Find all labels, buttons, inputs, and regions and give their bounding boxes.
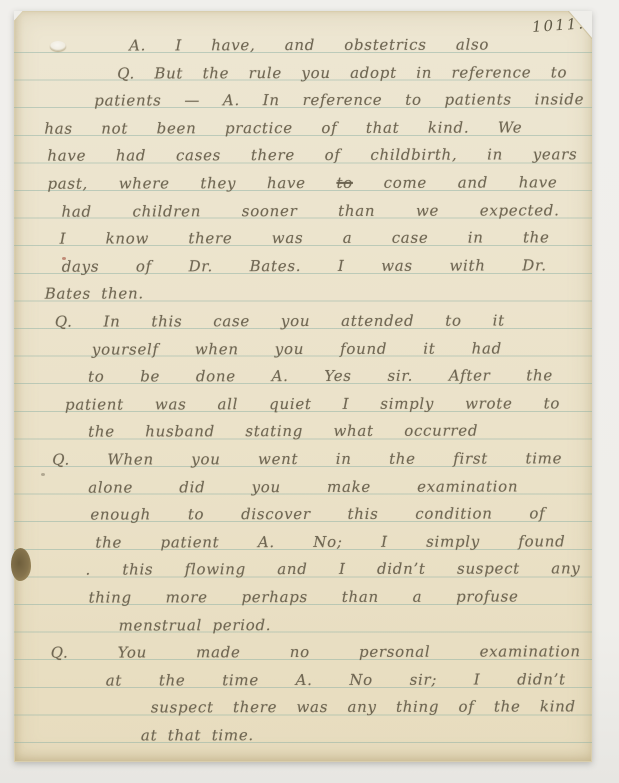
handwriting-line: I know there was a case in the (60, 226, 550, 249)
handwriting-line: past, where they have to come and have (47, 171, 557, 194)
handwriting-line: Q. But the rule you adopt in reference t… (117, 61, 567, 84)
handwriting-line: have had cases there of childbirth, in y… (47, 143, 577, 166)
handwriting-line: Q. When you went in the first time (52, 447, 562, 470)
handwriting-line: alone did you make examination (88, 475, 518, 498)
handwriting-line: the patient A. No; I simply found (95, 530, 565, 553)
handwriting-lines: A. I have, and obstetrics alsoQ. But the… (13, 10, 593, 763)
handwriting-line: enough to discover this condition of (90, 502, 545, 525)
handwriting-line: . this flowing and I didn’t suspect any (85, 557, 580, 580)
handwriting-line: at that time. (141, 724, 254, 746)
document-page: 1011. A. I have, and obstetrics alsoQ. B… (14, 11, 592, 762)
handwriting-line: Bates then. (45, 282, 144, 304)
handwriting-line: the husband stating what occurred (88, 420, 478, 443)
handwriting-line: suspect there was any thing of the kind (151, 695, 576, 718)
handwriting-line: Q. In this case you attended to it (55, 309, 505, 332)
handwriting-line: at the time A. No sir; I didn’t (106, 668, 566, 691)
scanned-document: 1011. A. I have, and obstetrics alsoQ. B… (0, 0, 619, 783)
handwriting-line: days of Dr. Bates. I was with Dr. (62, 254, 547, 277)
handwriting-line: A. I have, and obstetrics also (129, 34, 489, 57)
handwriting-line: menstrual period. (119, 614, 272, 636)
handwriting-line: yourself when you found it had (92, 337, 502, 360)
handwriting-line: thing more perhaps than a profuse (89, 585, 519, 608)
handwriting-line: patient was all quiet I simply wrote to (65, 392, 560, 415)
handwriting-line: had children sooner than we expected. (62, 199, 560, 222)
handwriting-line: Q. You made no personal examination (51, 640, 581, 663)
handwriting-line: to be done A. Yes sir. After the (88, 364, 553, 387)
handwriting-line: patients — A. In reference to patients i… (94, 88, 584, 111)
handwriting-line: has not been practice of that kind. We (44, 116, 522, 139)
